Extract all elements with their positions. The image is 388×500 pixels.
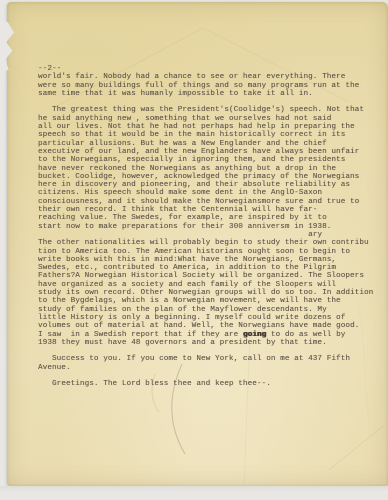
text-line: little History is only a beginning. I my… [38, 314, 373, 322]
text-line: Success to you. If you come to New York,… [38, 355, 373, 363]
text-line: world's fair. Nobody had a chance to see… [38, 73, 373, 81]
text-line: 1938 they must have 48 governors and a p… [38, 339, 373, 347]
text-line: consciousness, and it should make the No… [38, 198, 373, 206]
text-line: reaching value. The Swedes, for example,… [38, 214, 373, 222]
text-line: Avenue. [38, 364, 373, 372]
text-line: to the Norwegians, especially in ignorin… [38, 156, 373, 164]
text-line: volumes out of material at hand. Well, t… [38, 322, 373, 330]
scan-background: { "page": { "background_color": "#e8e7e4… [0, 0, 388, 500]
text-line: speech so that it would be in the main h… [38, 131, 373, 139]
scan-edge-bottom [0, 486, 388, 500]
text-line: same time that it was humanly impossible… [38, 90, 373, 98]
text-line: The greatest thing was the President's(C… [38, 106, 373, 114]
text-line: he said anything new , something that we… [38, 115, 373, 123]
text-line: were so many buildings full of things an… [38, 82, 373, 90]
text-line: study of families on the plan of the May… [38, 306, 373, 314]
text-line: Fathers?A Norwegian Historical Society w… [38, 272, 373, 280]
text-line: have never reckoned the Norwegians as an… [38, 165, 373, 173]
text-line: to the Bygdelags, which is a Norwegian m… [38, 297, 373, 305]
text-line: particular allusions. But he was a New E… [38, 140, 373, 148]
text-line: Greetings. The Lord bless thee and keep … [38, 380, 373, 388]
text-line: The other nationalities will probably be… [38, 239, 373, 247]
letter-text: --2--world's fair. Nobody had a chance t… [38, 65, 373, 389]
text-line: have organized as a society and each fam… [38, 281, 373, 289]
overstruck-word: going [243, 331, 266, 339]
text-line: bucket. Coolidge, however, acknowledged … [38, 173, 373, 181]
text-line: citizens. His speech should make some de… [38, 189, 373, 197]
scanned-letter-scene: --2--world's fair. Nobody had a chance t… [0, 0, 388, 500]
text-line: start now to make preparations for their… [38, 223, 373, 231]
torn-edge-ragged [0, 70, 7, 180]
text-line: write books with this in mind:What have … [38, 256, 373, 264]
text-segment: I saw in a Swedish report that if they a… [38, 331, 243, 339]
text-line: I saw in a Swedish report that if they a… [38, 331, 373, 339]
text-line: ary [38, 231, 373, 239]
letter-page: --2--world's fair. Nobody had a chance t… [7, 2, 388, 486]
text-segment: to do as well by [266, 331, 345, 339]
text-line: tion to America too. The American histor… [38, 248, 373, 256]
